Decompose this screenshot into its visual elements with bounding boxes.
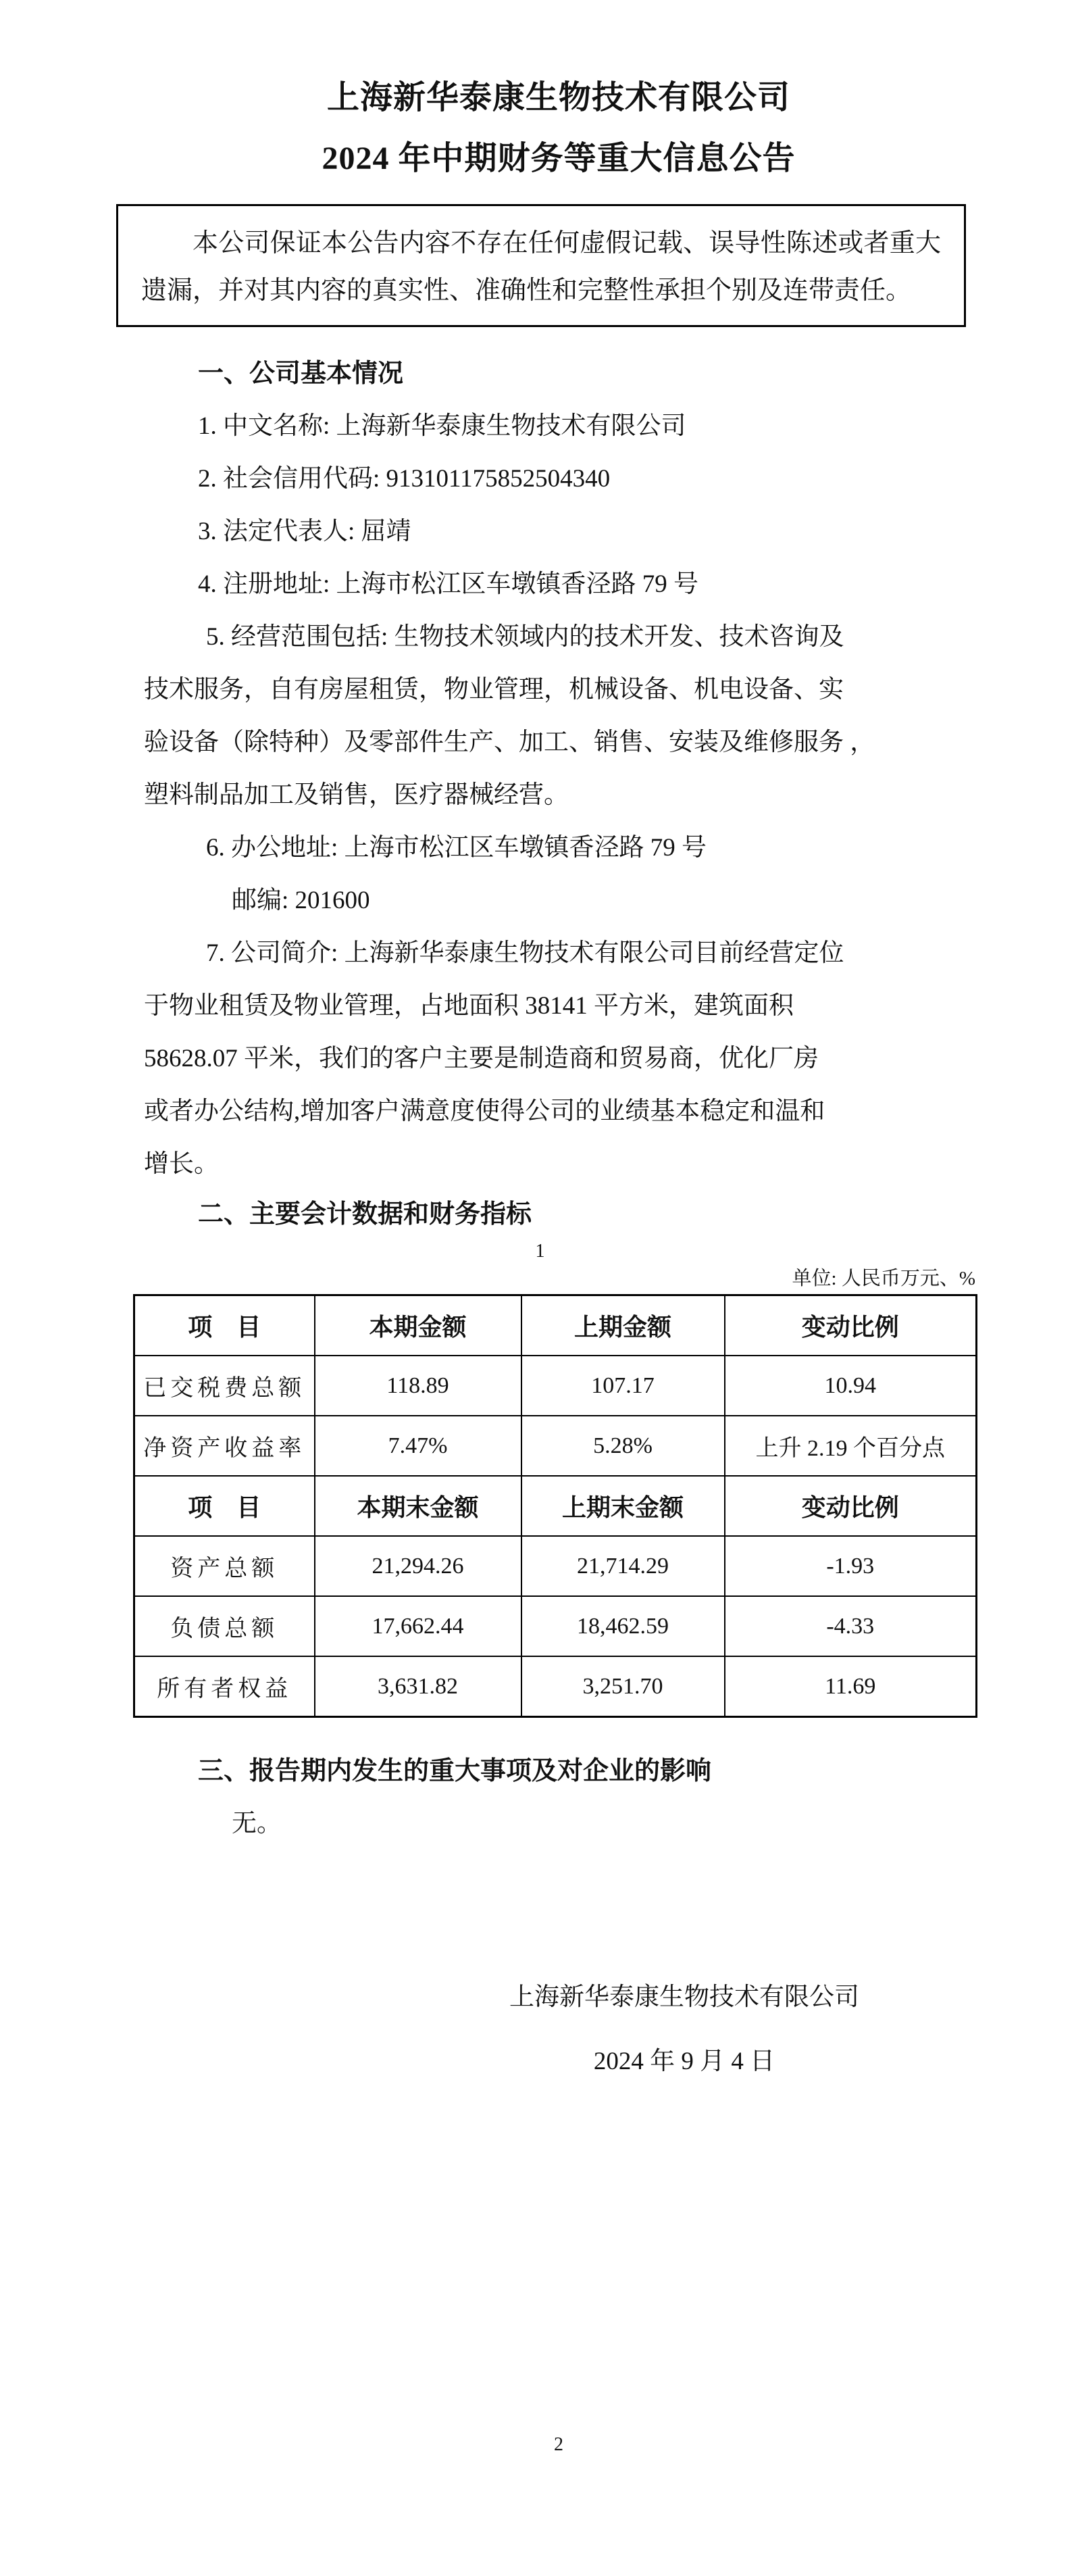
body-line: 于物业租赁及物业管理，占地面积 38141 平方米，建筑面积	[142, 980, 975, 1033]
table-cell: 项 目	[134, 1476, 315, 1536]
page-1-footer: 1	[105, 1238, 975, 1265]
table-cell: 118.89	[315, 1356, 521, 1416]
section-1-body: 1. 中文名称: 上海新华泰康生物技术有限公司 2. 社会信用代码: 91310…	[142, 400, 975, 1191]
section-3-body: 无。	[142, 1798, 975, 1850]
table-cell: 上升 2.19 个百分点	[725, 1416, 977, 1476]
body-line: 邮编: 201600	[142, 874, 975, 927]
table-cell: 21,714.29	[521, 1536, 725, 1596]
body-line: 4. 注册地址: 上海市松江区车墩镇香泾路 79 号	[142, 558, 975, 611]
signature-date: 2024 年 9 月 4 日	[468, 2029, 900, 2094]
body-line: 2. 社会信用代码: 913101175852504340	[142, 453, 975, 505]
body-line: 5. 经营范围包括: 生物技术领域内的技术开发、技术咨询及	[142, 611, 975, 664]
table-cell: -4.33	[725, 1596, 977, 1656]
table-cell: 负债总额	[134, 1596, 315, 1656]
table-row: 资产总额 21,294.26 21,714.29 -1.93	[134, 1536, 977, 1596]
table-cell: 本期末金额	[315, 1476, 521, 1536]
body-line: 技术服务，自有房屋租赁，物业管理，机械设备、机电设备、实	[142, 664, 975, 716]
table-cell: 3,251.70	[521, 1656, 725, 1717]
body-line: 6. 办公地址: 上海市松江区车墩镇香泾路 79 号	[142, 822, 975, 874]
disclaimer-box: 本公司保证本公告内容不存在任何虚假记载、误导性陈述或者重大遗漏，并对其内容的真实…	[116, 204, 966, 327]
table-cell: 10.94	[725, 1356, 977, 1416]
section-3-heading: 三、报告期内发生的重大事项及对企业的影响	[142, 1745, 975, 1798]
section-2-heading: 二、主要会计数据和财务指标	[142, 1191, 975, 1238]
table-cell: 21,294.26	[315, 1536, 521, 1596]
body-line: 增长。	[142, 1138, 975, 1191]
table-row: 所有者权益 3,631.82 3,251.70 11.69	[134, 1656, 977, 1717]
table-cell: 上期金额	[521, 1295, 725, 1356]
document-content: 上海新华泰康生物技术有限公司 2024 年中期财务等重大信息公告 本公司保证本公…	[142, 68, 975, 2458]
table-cell: 3,631.82	[315, 1656, 521, 1717]
signature-company: 上海新华泰康生物技术有限公司	[468, 1965, 900, 2029]
table-cell: 5.28%	[521, 1416, 725, 1476]
signature-block: 上海新华泰康生物技术有限公司 2024 年 9 月 4 日	[468, 1965, 900, 2094]
document-page: 上海新华泰康生物技术有限公司 2024 年中期财务等重大信息公告 本公司保证本公…	[0, 0, 1072, 2576]
table-cell: 17,662.44	[315, 1596, 521, 1656]
table-cell: 所有者权益	[134, 1656, 315, 1717]
table-cell: 变动比例	[725, 1476, 977, 1536]
table-cell: 项 目	[134, 1295, 315, 1356]
body-line: 7. 公司简介: 上海新华泰康生物技术有限公司目前经营定位	[142, 927, 975, 980]
table-cell: 资产总额	[134, 1536, 315, 1596]
table-cell: 本期金额	[315, 1295, 521, 1356]
body-line: 验设备（除特种）及零部件生产、加工、销售、安装及维修服务 ，	[142, 716, 975, 769]
table-row: 已交税费总额 118.89 107.17 10.94	[134, 1356, 977, 1416]
table-cell: 已交税费总额	[134, 1356, 315, 1416]
unit-note: 单位: 人民币万元、%	[142, 1265, 975, 1292]
table-cell: 上期末金额	[521, 1476, 725, 1536]
table-header-row: 项 目 本期末金额 上期末金额 变动比例	[134, 1476, 977, 1536]
financial-table: 项 目 本期金额 上期金额 变动比例 已交税费总额 118.89 107.17 …	[133, 1294, 977, 1718]
page-title-line-2: 2024 年中期财务等重大信息公告	[142, 128, 975, 189]
body-line: 或者办公结构,增加客户满意度使得公司的业绩基本稳定和温和	[142, 1085, 975, 1138]
table-header-row: 项 目 本期金额 上期金额 变动比例	[134, 1295, 977, 1356]
table-cell: -1.93	[725, 1536, 977, 1596]
table-cell: 11.69	[725, 1656, 977, 1717]
table-cell: 7.47%	[315, 1416, 521, 1476]
body-line: 3. 法定代表人: 屈靖	[142, 505, 975, 558]
body-line: 1. 中文名称: 上海新华泰康生物技术有限公司	[142, 400, 975, 453]
body-line: 塑料制品加工及销售，医疗器械经营。	[142, 769, 975, 822]
table-row: 负债总额 17,662.44 18,462.59 -4.33	[134, 1596, 977, 1656]
page-2-footer: 2	[142, 2431, 975, 2458]
table-row: 净资产收益率 7.47% 5.28% 上升 2.19 个百分点	[134, 1416, 977, 1476]
body-line: 58628.07 平米，我们的客户主要是制造商和贸易商，优化厂房	[142, 1033, 975, 1085]
section-1-heading: 一、公司基本情况	[142, 347, 975, 400]
table-cell: 18,462.59	[521, 1596, 725, 1656]
page-title-line-1: 上海新华泰康生物技术有限公司	[142, 68, 975, 128]
table-cell: 变动比例	[725, 1295, 977, 1356]
table-cell: 净资产收益率	[134, 1416, 315, 1476]
table-cell: 107.17	[521, 1356, 725, 1416]
page-title: 上海新华泰康生物技术有限公司 2024 年中期财务等重大信息公告	[142, 68, 975, 189]
